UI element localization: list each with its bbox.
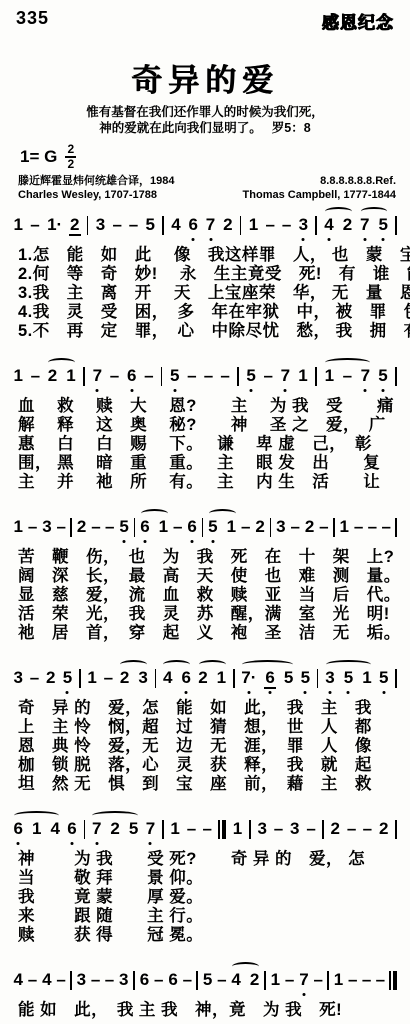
music-line: 1–217–6–5–––5–711–75 xyxy=(0,353,410,395)
note: 3 xyxy=(76,971,86,989)
dash: – xyxy=(285,971,294,989)
barline xyxy=(395,216,397,235)
note: 4 xyxy=(324,216,334,234)
dash: – xyxy=(263,367,272,385)
barline xyxy=(240,216,242,235)
credits: 滕近辉霍显炜何统雄合译，1984 Charles Wesley, 1707-17… xyxy=(0,170,410,202)
music-line: 1–1·23––546721––34275 xyxy=(0,202,410,244)
key-signature: 1= G 2 2 xyxy=(0,136,410,170)
note: 2 xyxy=(342,216,352,234)
category-label: 感恩纪念 xyxy=(322,7,394,33)
dash: – xyxy=(173,518,182,536)
dash: – xyxy=(144,367,153,385)
dash: – xyxy=(187,367,196,385)
lyric-line: 解 释 这 奥 秘? 神 圣 之 爱， 广 xyxy=(18,416,410,435)
slur-group: 1–7 xyxy=(324,367,370,385)
note: 5 xyxy=(378,216,388,234)
note: 5 xyxy=(208,518,218,536)
barline xyxy=(202,518,204,537)
system-spacer xyxy=(0,492,410,504)
note: 7 xyxy=(92,367,102,385)
composer-line: Thomas Campbell, 1777-1844 xyxy=(243,188,396,202)
note: 1 xyxy=(170,820,180,838)
note: 2 xyxy=(76,518,86,536)
barline xyxy=(322,820,324,839)
barline xyxy=(134,518,136,537)
dash: – xyxy=(241,518,250,536)
note: 7 xyxy=(145,820,155,838)
lyric-line: 上 主 怜 悯，超 过 猜 想， 世 人 都 xyxy=(18,718,410,737)
music-line: 4–4–3––36–6–5–421–7–1––– xyxy=(0,957,410,999)
note: 1 xyxy=(13,518,23,536)
slur-group: 42 xyxy=(324,216,353,234)
barline xyxy=(162,216,164,235)
barline xyxy=(395,669,397,688)
dash: – xyxy=(105,971,114,989)
scripture-epigraph: 惟有基督在我们还作罪人的时候为我们死， 神的爱就在此向我们显明了。罗5：8 xyxy=(0,104,410,136)
page-header: 335 感恩纪念 xyxy=(0,0,410,33)
note: 3 xyxy=(13,669,23,687)
barline xyxy=(315,216,317,235)
slur-group: 21 xyxy=(47,367,76,385)
barline xyxy=(79,669,81,688)
lyric-line: 主 并 祂 所 有。 主 内 生 活 让 xyxy=(18,473,410,492)
note: 6 xyxy=(181,669,191,687)
note: 2 xyxy=(304,518,314,536)
note: 6 xyxy=(13,820,23,838)
note: 6 xyxy=(126,367,136,385)
note: 7 xyxy=(360,216,370,234)
note: 5 xyxy=(119,518,129,536)
dash: – xyxy=(30,669,39,687)
note: 3 xyxy=(298,216,308,234)
lyric-block: 1.怎 能 如 此 像 我这样罪 人， 也 蒙 宝2.何 等 奇 妙! 永 生主… xyxy=(0,244,410,341)
dash: – xyxy=(204,367,213,385)
scripture-reference: 罗5：8 xyxy=(272,121,311,135)
slur-group: 614 xyxy=(13,820,60,838)
note: 1 xyxy=(232,820,242,838)
note: 4 xyxy=(42,971,52,989)
credits-right: 8.8.8.8.8.8.Ref. Thomas Campbell, 1777-1… xyxy=(243,174,396,202)
lyric-block: 苦 鞭 伤， 也 为 我 死 在 十 架 上?阔 深 长， 最 高 天 使 也 … xyxy=(0,546,410,643)
note: 7 xyxy=(360,367,370,385)
hymn-number: 335 xyxy=(16,8,49,29)
dash: – xyxy=(203,820,212,838)
note: 5 xyxy=(169,367,179,385)
dash: – xyxy=(306,820,315,838)
barline xyxy=(196,971,198,990)
note: 4 xyxy=(162,669,172,687)
note: 2 xyxy=(110,820,120,838)
dash: – xyxy=(187,820,196,838)
dash: – xyxy=(183,971,192,989)
music-systems: 1–1·23––546721––342751.怎 能 如 此 像 我这样罪 人，… xyxy=(0,202,410,1024)
barline xyxy=(315,367,317,386)
lyric-block: 神 为 我 受 死? 奇 异 的 爱， 怎当 敬 拜 景 仰。我 竟 蒙 厚 爱… xyxy=(0,848,410,945)
note: 2 xyxy=(223,216,233,234)
note: 5 xyxy=(378,669,388,687)
dash: – xyxy=(314,971,323,989)
note: 1 xyxy=(298,367,308,385)
dash: – xyxy=(362,971,371,989)
lyric-block: 血 救 赎 大 恩? 主 为 我 受 痛解 释 这 奥 秘? 神 圣 之 爱， … xyxy=(0,395,410,492)
note: 1 xyxy=(248,216,258,234)
note: 6 xyxy=(67,820,77,838)
note: 2 xyxy=(47,367,57,385)
note: 3 xyxy=(42,518,52,536)
lyric-line: 5.不 再 定 罪， 心 中除尽忧 愁， 我 拥 有 xyxy=(18,322,410,341)
lyric-line: 阔 深 长， 最 高 天 使 也 难 测 量。 xyxy=(18,567,410,586)
note: 3 xyxy=(290,820,300,838)
note: 3 xyxy=(95,216,105,234)
lyric-line: 神 为 我 受 死? 奇 异 的 爱， 怎 xyxy=(18,850,410,869)
note: 2 xyxy=(46,669,56,687)
lyric-line: 血 救 赎 大 恩? 主 为 我 受 痛 xyxy=(18,397,410,416)
note: 2 xyxy=(255,518,265,536)
note: 6 xyxy=(187,518,197,536)
dash: – xyxy=(217,971,226,989)
dash: – xyxy=(105,518,114,536)
dash: – xyxy=(354,518,363,536)
note: 5 xyxy=(378,367,388,385)
note: 2 xyxy=(249,971,259,989)
note: 7 xyxy=(280,367,290,385)
augmentation-dot: · xyxy=(251,668,257,687)
barline xyxy=(264,971,266,990)
note: 1 xyxy=(13,216,23,234)
meter-line: 8.8.8.8.8.8.Ref. xyxy=(243,174,396,188)
barline xyxy=(70,518,72,537)
system-spacer xyxy=(0,341,410,353)
note: 6 xyxy=(139,971,149,989)
note: 4 xyxy=(171,216,181,234)
note: 3 xyxy=(138,669,148,687)
lyric-line: 祂 居 首， 穿 起 义 袍 圣 洁 无 垢。 xyxy=(18,624,410,643)
barline xyxy=(87,216,89,235)
barline xyxy=(84,820,86,839)
note: 3 xyxy=(276,518,286,536)
note: 2 xyxy=(198,669,208,687)
note: 7· xyxy=(241,669,257,687)
dash: – xyxy=(56,971,65,989)
credits-left: 滕近辉霍显炜何统雄合译，1984 Charles Wesley, 1707-17… xyxy=(18,174,174,202)
note: 6 xyxy=(265,669,275,687)
dash: – xyxy=(91,518,100,536)
final-barline xyxy=(389,971,397,990)
hymn-sheet: 335 感恩纪念 奇异的爱 惟有基督在我们还作罪人的时候为我们死， 神的爱就在此… xyxy=(0,0,410,1024)
slur-group: 51 xyxy=(208,518,237,536)
dash: – xyxy=(110,367,119,385)
lyric-line: 恩 典 怜 爱，无 边 无 涯， 罪 人 像 xyxy=(18,737,410,756)
barline xyxy=(395,820,397,839)
dash: – xyxy=(57,518,66,536)
note: 2 xyxy=(70,216,80,234)
lyric-line: 来 跟 随 主 行。 xyxy=(18,907,410,926)
note: 4 xyxy=(50,820,60,838)
slur-group: 46 xyxy=(162,669,191,687)
system-spacer xyxy=(0,643,410,655)
note: 7 xyxy=(91,820,101,838)
dash: – xyxy=(348,971,357,989)
barline xyxy=(327,971,329,990)
note: 1 xyxy=(362,669,372,687)
slur-group: 75 xyxy=(360,216,389,234)
lyric-block: 能 如 此， 我 主 我 神，竟 为 我 死! xyxy=(0,999,410,1020)
epigraph-line-2: 神的爱就在此向我们显明了。罗5：8 xyxy=(0,120,410,136)
note: 1 xyxy=(31,820,41,838)
lyric-line: 赎 获 得 冠 冕。 xyxy=(18,926,410,945)
barline xyxy=(133,971,135,990)
system-spacer xyxy=(0,1020,410,1024)
note: 2 xyxy=(119,669,129,687)
music-line: 614672571––13–3–2––2 xyxy=(0,806,410,848)
lyric-line: 活 荣 光， 我 灵 苏 醒，满 室 光 明! xyxy=(18,605,410,624)
key-label: 1= G xyxy=(20,147,57,167)
note: 1· xyxy=(47,216,63,234)
lyric-line: 奇 异 的 爱，怎 能 如 此， 我 主 我 xyxy=(18,699,410,718)
dash: – xyxy=(129,216,138,234)
note: 2 xyxy=(330,820,340,838)
lyricist-line: Charles Wesley, 1707-1788 xyxy=(18,188,174,202)
lyric-line: 能 如 此， 我 主 我 神，竟 为 我 死! xyxy=(18,1001,410,1020)
note: 5 xyxy=(283,669,293,687)
dash: – xyxy=(31,367,40,385)
note: 7 xyxy=(299,971,309,989)
dash: – xyxy=(154,971,163,989)
note: 1 xyxy=(87,669,97,687)
dash: – xyxy=(343,367,352,385)
lyric-line: 惠 白 白 赐 下。 谦 卑 虚 己， 彰 xyxy=(18,435,410,454)
slur-group: 23 xyxy=(119,669,148,687)
note: 3 xyxy=(119,971,129,989)
note: 4 xyxy=(13,971,23,989)
barline xyxy=(237,367,239,386)
lyric-line: 苦 鞭 伤， 也 为 我 死 在 十 架 上? xyxy=(18,548,410,567)
music-line: 1–3–2––561–651–23–2–1––– xyxy=(0,504,410,546)
barline xyxy=(395,367,397,386)
note: 1 xyxy=(339,518,349,536)
note: 1 xyxy=(226,518,236,536)
epigraph-text: 神的爱就在此向我们显明了。 xyxy=(99,121,262,135)
dash: – xyxy=(319,518,328,536)
lyric-line: 3.我 主 离 开 天 上宝座荣 华， 无 量 恩 xyxy=(18,284,410,303)
dash: – xyxy=(28,971,37,989)
barline xyxy=(317,669,319,688)
barline xyxy=(333,518,335,537)
barline xyxy=(270,518,272,537)
dash: – xyxy=(347,820,356,838)
barline xyxy=(395,518,397,537)
note: 2 xyxy=(378,820,388,838)
dash: – xyxy=(266,216,275,234)
translators-line: 滕近辉霍显炜何统雄合译，1984 xyxy=(18,174,174,188)
dash: – xyxy=(220,367,229,385)
barline xyxy=(161,367,163,386)
meter-denominator: 2 xyxy=(68,159,75,170)
note: 4 xyxy=(231,971,241,989)
slur-group: 61 xyxy=(140,518,169,536)
note: 3 xyxy=(325,669,335,687)
lyric-line: 围， 黑 暗 重 重。 主 眼 发 出 复 xyxy=(18,454,410,473)
note: 5 xyxy=(145,216,155,234)
slur-group: 725 xyxy=(91,820,138,838)
dash: – xyxy=(30,216,39,234)
note: 5 xyxy=(300,669,310,687)
lyric-line: 2.何 等 奇 妙! 永 生主竟受 死! 有 谁 能 xyxy=(18,265,410,284)
slur-group: 351 xyxy=(325,669,372,687)
dash: – xyxy=(104,669,113,687)
note: 6 xyxy=(168,971,178,989)
dash: – xyxy=(363,820,372,838)
lyric-line: 显 慈 爱， 流 血 救 赎 亚 当 后 代。 xyxy=(18,586,410,605)
system-spacer xyxy=(0,794,410,806)
note: 1 xyxy=(270,971,280,989)
lyric-line: 当 敬 拜 景 仰。 xyxy=(18,869,410,888)
note: 5 xyxy=(62,669,72,687)
lyric-block: 奇 异 的 爱，怎 能 如 此， 我 主 我上 主 怜 悯，超 过 猜 想， 世… xyxy=(0,697,410,794)
lyric-line: 坦 然 无 惧 到 宝 座 前， 藉 主 救 xyxy=(18,775,410,794)
note: 1 xyxy=(66,367,76,385)
note: 5 xyxy=(128,820,138,838)
dash: – xyxy=(112,216,121,234)
dash: – xyxy=(290,518,299,536)
note: 1 xyxy=(333,971,343,989)
note: 3 xyxy=(257,820,267,838)
system-spacer xyxy=(0,945,410,957)
dash: – xyxy=(282,216,291,234)
note: 5 xyxy=(246,367,256,385)
note: 5 xyxy=(202,971,212,989)
dash: – xyxy=(382,518,391,536)
hymn-title: 奇异的爱 xyxy=(0,55,410,100)
barline xyxy=(249,820,251,839)
lyric-line: 枷 锁 脱 落，心 灵 获 释， 我 就 起 xyxy=(18,756,410,775)
lyric-line: 我 竟 蒙 厚 爱。 xyxy=(18,888,410,907)
slur-group: 21 xyxy=(198,669,227,687)
dash: – xyxy=(376,971,385,989)
note: 1 xyxy=(324,367,334,385)
final-barline xyxy=(218,820,226,839)
note: 1 xyxy=(13,367,23,385)
slur-group: 7·65 xyxy=(241,669,294,687)
barline xyxy=(233,669,235,688)
barline xyxy=(83,367,85,386)
lyric-line: 1.怎 能 如 此 像 我这样罪 人， 也 蒙 宝 xyxy=(18,246,410,265)
music-line: 3–251–2346217·6553515 xyxy=(0,655,410,697)
note: 1 xyxy=(158,518,168,536)
note: 6 xyxy=(188,216,198,234)
dash: – xyxy=(91,971,100,989)
lyric-line: 4.我 灵 受 困， 多 年在牢狱 中， 被 罪 包 xyxy=(18,303,410,322)
note: 6 xyxy=(140,518,150,536)
barline xyxy=(155,669,157,688)
meter-numerator: 2 xyxy=(68,144,75,155)
augmentation-dot: · xyxy=(57,215,63,234)
barline xyxy=(162,820,164,839)
time-signature: 2 2 xyxy=(65,144,76,170)
dash: – xyxy=(28,518,37,536)
dash: – xyxy=(274,820,283,838)
note: 1 xyxy=(216,669,226,687)
note: 5 xyxy=(343,669,353,687)
dash: – xyxy=(368,518,377,536)
note: 7 xyxy=(205,216,215,234)
slur-group: 42 xyxy=(231,971,260,989)
epigraph-line-1: 惟有基督在我们还作罪人的时候为我们死， xyxy=(0,104,410,120)
barline xyxy=(70,971,72,990)
